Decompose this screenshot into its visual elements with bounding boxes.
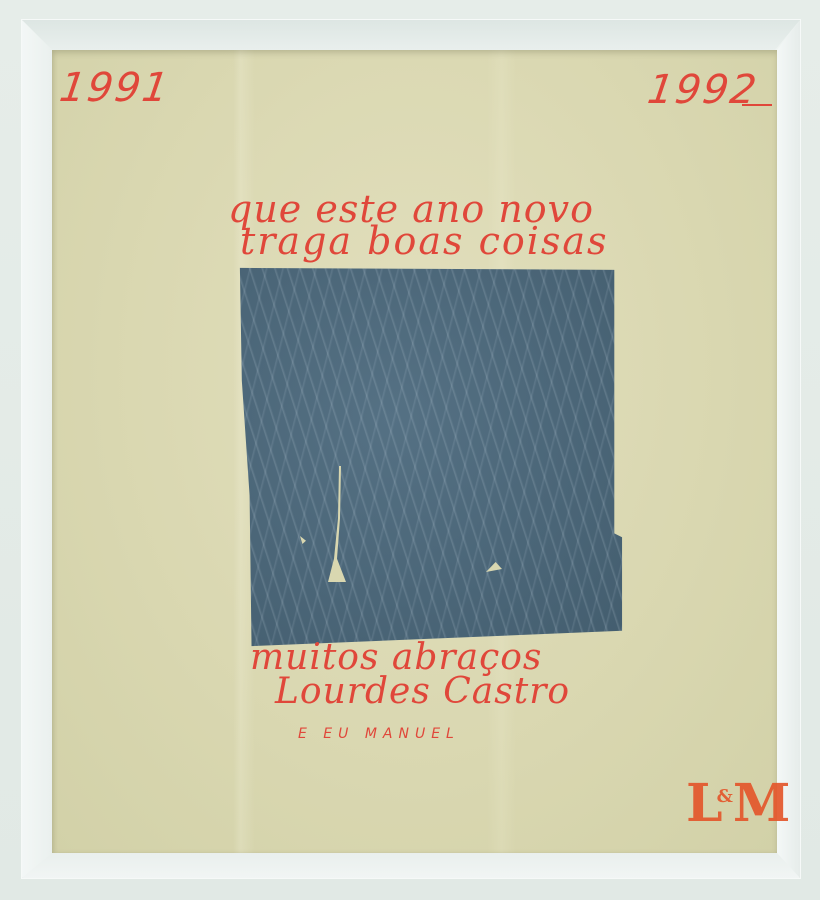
greeting-line-2: traga boas coisas	[240, 222, 609, 260]
frame-bevel-left	[22, 20, 52, 878]
blue-foil-collage-square	[236, 266, 624, 648]
frame-bevel-top	[22, 20, 800, 50]
signature-line-3: E EU MANUEL	[298, 727, 460, 741]
year-underline-stroke	[742, 104, 772, 106]
stamp-ampersand: &	[717, 786, 733, 807]
frame-bevel-right	[777, 20, 800, 878]
stamp-letter-m: M	[733, 773, 785, 834]
stamp-letter-l: L	[686, 773, 717, 834]
year-left-handwritten: 1991	[57, 68, 172, 108]
lm-stamp-logo: L&M	[686, 778, 784, 830]
frame-bevel-bottom	[22, 853, 800, 878]
signature-name: Lourdes Castro	[275, 674, 570, 710]
